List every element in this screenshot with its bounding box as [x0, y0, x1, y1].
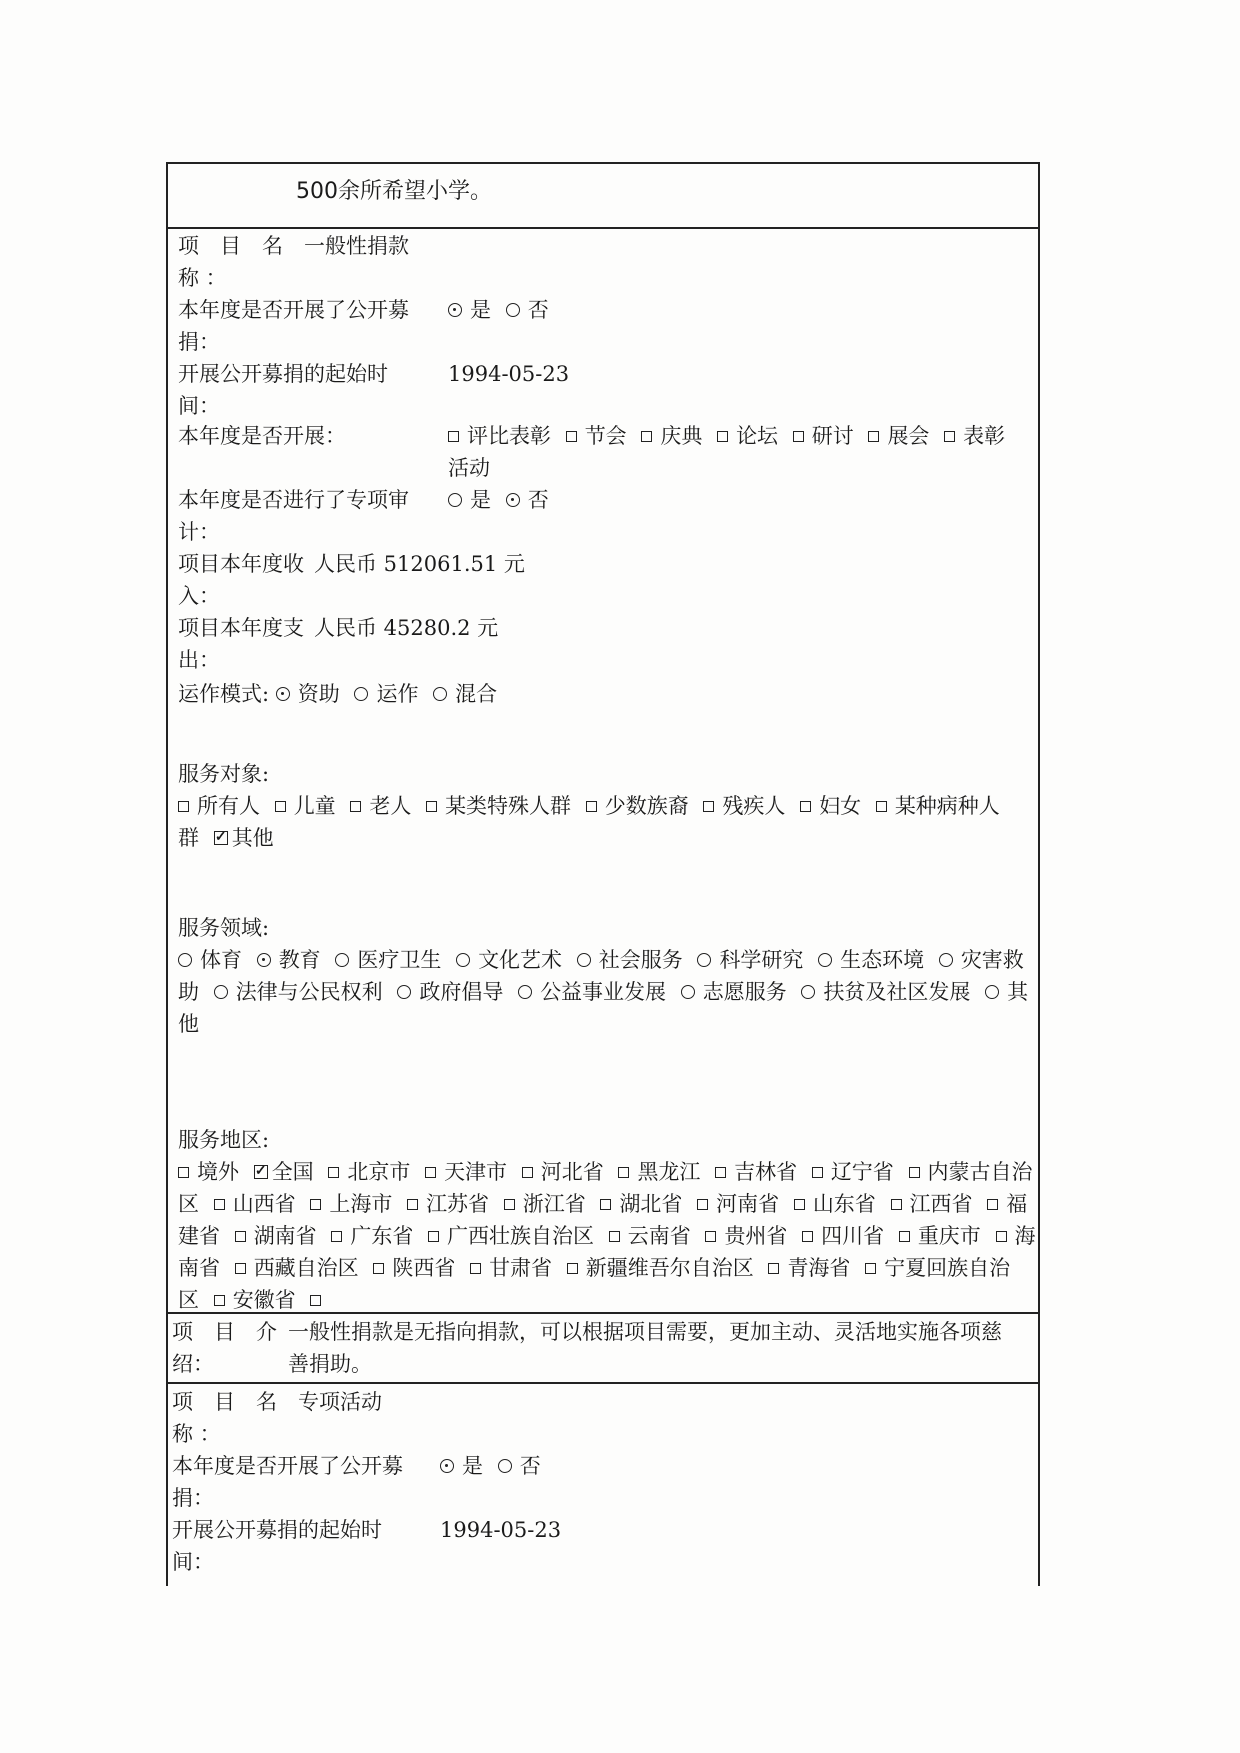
- radio-empty-icon: [397, 985, 411, 999]
- checkbox-item[interactable]: 四川省: [802, 1224, 884, 1248]
- checkbox-icon: [567, 1263, 578, 1274]
- checkbox-item[interactable]: 残疾人: [703, 794, 785, 818]
- row-divider: [168, 1312, 1038, 1314]
- checkbox-icon: [717, 431, 728, 442]
- checkbox-item[interactable]: [310, 1288, 329, 1312]
- checkbox-item[interactable]: 吉林省: [715, 1160, 797, 1184]
- checkbox-item[interactable]: 河北省: [522, 1160, 604, 1184]
- checkbox-item[interactable]: 云南省: [609, 1224, 691, 1248]
- checkbox-icon: [899, 1231, 910, 1242]
- checkbox-icon: [715, 1167, 726, 1178]
- checkbox-icon: [425, 1167, 436, 1178]
- checkbox-checked-icon: ✓: [254, 1165, 268, 1179]
- p1-name-label: 项 目 名 称 ：: [178, 230, 283, 294]
- checkbox-icon: [178, 1167, 189, 1178]
- checkbox-item[interactable]: 陕西省: [373, 1256, 455, 1280]
- checkbox-item[interactable]: 安徽省: [214, 1288, 296, 1312]
- radio-empty-icon: [178, 953, 192, 967]
- checkbox-item[interactable]: 庆典: [641, 424, 702, 448]
- radio-mixed[interactable]: 混合: [433, 682, 497, 706]
- checkbox-icon: [944, 431, 955, 442]
- checkbox-item[interactable]: 浙江省: [504, 1192, 586, 1216]
- checkbox-icon: [868, 431, 879, 442]
- p1-audit-options: 是 否: [448, 484, 557, 516]
- p1-start-time-value: 1994-05-23: [448, 358, 569, 390]
- p1-service-targets-label: 服务对象:: [178, 758, 269, 790]
- checkbox-item[interactable]: 江西省: [891, 1192, 973, 1216]
- header-row-text: 500余所希望小学。: [296, 176, 492, 208]
- radio-selected-icon: [276, 687, 290, 701]
- radio-item[interactable]: 社会服务: [577, 948, 683, 972]
- p2-name-value: 专项活动: [298, 1386, 382, 1418]
- radio-empty-icon: [448, 493, 462, 507]
- radio-empty-icon: [801, 985, 815, 999]
- checkbox-icon: [331, 1231, 342, 1242]
- checkbox-icon: [504, 1199, 515, 1210]
- p1-operation-mode: 运作模式: 资助 运作 混合: [178, 678, 505, 710]
- p1-activities-label: 本年度是否开展：: [178, 420, 346, 452]
- checkbox-icon: [275, 801, 286, 812]
- radio-item[interactable]: 体育: [178, 948, 242, 972]
- radio-operation[interactable]: 运作: [354, 682, 418, 706]
- p1-intro-label: 项 目 介 绍：: [172, 1316, 277, 1380]
- radio-empty-icon: [456, 953, 470, 967]
- p1-service-regions: 境外 ✓全国 北京市 天津市 河北省 黑龙江 吉林省 辽宁省 内蒙古自治区 山西…: [178, 1156, 1038, 1316]
- checkbox-item[interactable]: 山东省: [794, 1192, 876, 1216]
- checkbox-item[interactable]: 山西省: [214, 1192, 296, 1216]
- radio-empty-icon: [354, 687, 368, 701]
- checkbox-item[interactable]: 重庆市: [899, 1224, 981, 1248]
- p1-audit-label: 本年度是否进行了专项审 计：: [178, 484, 409, 548]
- checkbox-icon: [310, 1199, 321, 1210]
- p2-start-time-label: 开展公开募捐的起始时 间：: [172, 1514, 382, 1578]
- checkbox-item[interactable]: 湖北省: [600, 1192, 682, 1216]
- radio-empty-icon: [681, 985, 695, 999]
- p1-service-regions-label: 服务地区:: [178, 1124, 269, 1156]
- radio-selected-icon: [440, 1459, 454, 1473]
- checkbox-icon: [705, 1231, 716, 1242]
- checkbox-icon: [428, 1231, 439, 1242]
- checkbox-item-checked[interactable]: ✓其他: [214, 826, 274, 850]
- checkbox-item[interactable]: 贵州省: [705, 1224, 787, 1248]
- checkbox-icon: [566, 431, 577, 442]
- checkbox-item[interactable]: 评比表彰: [448, 424, 551, 448]
- p1-name-value: 一般性捐款: [304, 230, 409, 262]
- checkbox-item[interactable]: 论坛: [717, 424, 778, 448]
- checkbox-icon: [987, 1199, 998, 1210]
- p1-expense-value: 人民币 45280.2 元: [314, 612, 498, 644]
- checkbox-item[interactable]: 老人: [350, 794, 411, 818]
- radio-empty-icon: [697, 953, 711, 967]
- radio-item[interactable]: 教育: [257, 948, 321, 972]
- radio-yes[interactable]: 是: [448, 298, 491, 322]
- checkbox-icon: [235, 1231, 246, 1242]
- checkbox-item[interactable]: 河南省: [697, 1192, 779, 1216]
- radio-empty-icon: [985, 985, 999, 999]
- radio-funding[interactable]: 资助: [276, 682, 340, 706]
- p1-start-time-label: 开展公开募捐的起始时 间：: [178, 358, 388, 422]
- checkbox-icon: [865, 1263, 876, 1274]
- checkbox-icon: [641, 431, 652, 442]
- radio-empty-icon: [939, 953, 953, 967]
- checkbox-item[interactable]: 某类特殊人群: [426, 794, 571, 818]
- p1-activities-options: 评比表彰 节会 庆典 论坛 研讨 展会 表彰活动: [448, 420, 1023, 484]
- radio-empty-icon: [433, 687, 447, 701]
- radio-empty-icon: [498, 1459, 512, 1473]
- checkbox-item[interactable]: 江苏省: [407, 1192, 489, 1216]
- checkbox-item[interactable]: 黑龙江: [618, 1160, 700, 1184]
- checkbox-item[interactable]: 天津市: [425, 1160, 507, 1184]
- checkbox-icon: [407, 1199, 418, 1210]
- p1-public-fundraising-options: 是 否: [448, 294, 557, 326]
- checkbox-item[interactable]: 甘肃省: [470, 1256, 552, 1280]
- checkbox-item[interactable]: 妇女: [800, 794, 861, 818]
- checkbox-icon: [522, 1167, 533, 1178]
- checkbox-item[interactable]: 广西壮族自治区: [428, 1224, 594, 1248]
- checkbox-icon: [426, 801, 437, 812]
- radio-item[interactable]: 政府倡导: [397, 980, 503, 1004]
- radio-item[interactable]: 生态环境: [818, 948, 924, 972]
- checkbox-item[interactable]: 境外: [178, 1160, 239, 1184]
- checkbox-item[interactable]: 少数族裔: [586, 794, 689, 818]
- radio-item[interactable]: 法律与公民权利: [214, 980, 383, 1004]
- p1-public-fundraising-label: 本年度是否开展了公开募 捐：: [178, 294, 409, 358]
- checkbox-item[interactable]: 研讨: [793, 424, 854, 448]
- checkbox-checked-icon: ✓: [214, 831, 228, 845]
- radio-item[interactable]: 文化艺术: [456, 948, 562, 972]
- radio-item[interactable]: 志愿服务: [681, 980, 787, 1004]
- checkbox-icon: [470, 1263, 481, 1274]
- checkbox-icon: [609, 1231, 620, 1242]
- checkbox-icon: [703, 801, 714, 812]
- checkbox-icon: [812, 1167, 823, 1178]
- checkbox-icon: [909, 1167, 920, 1178]
- radio-empty-icon: [506, 303, 520, 317]
- checkbox-icon: [350, 801, 361, 812]
- checkbox-item[interactable]: 儿童: [275, 794, 336, 818]
- checkbox-item[interactable]: 西藏自治区: [235, 1256, 359, 1280]
- checkbox-item[interactable]: 节会: [566, 424, 627, 448]
- p1-intro-value: 一般性捐款是无指向捐款，可以根据项目需要，更加主动、灵活地实施各项慈 善捐助。: [288, 1316, 1002, 1380]
- radio-empty-icon: [335, 953, 349, 967]
- checkbox-icon: [214, 1295, 225, 1306]
- checkbox-item[interactable]: 广东省: [331, 1224, 413, 1248]
- checkbox-icon: [586, 801, 597, 812]
- checkbox-icon: [891, 1199, 902, 1210]
- checkbox-item[interactable]: 北京市: [328, 1160, 410, 1184]
- project-info-table: 500余所希望小学。 项 目 名 称 ： 一般性捐款 本年度是否开展了公开募 捐…: [166, 162, 1040, 1586]
- checkbox-icon: [996, 1231, 1007, 1242]
- radio-selected-icon: [506, 493, 520, 507]
- radio-yes[interactable]: 是: [440, 1454, 483, 1478]
- p1-service-fields-label: 服务领域:: [178, 912, 269, 944]
- radio-empty-icon: [214, 985, 228, 999]
- checkbox-item[interactable]: 展会: [868, 424, 929, 448]
- radio-empty-icon: [518, 985, 532, 999]
- p2-name-label: 项 目 名 称 ：: [172, 1386, 277, 1450]
- checkbox-icon: [373, 1263, 384, 1274]
- radio-item[interactable]: 科学研究: [697, 948, 803, 972]
- checkbox-item[interactable]: 青海省: [768, 1256, 850, 1280]
- p1-income-label: 项目本年度收 入：: [178, 548, 304, 612]
- checkbox-icon: [794, 1199, 805, 1210]
- checkbox-icon: [214, 1199, 225, 1210]
- radio-no[interactable]: 否: [506, 298, 549, 322]
- checkbox-icon: [235, 1263, 246, 1274]
- checkbox-item[interactable]: 新疆维吾尔自治区: [567, 1256, 754, 1280]
- radio-item[interactable]: 医疗卫生: [335, 948, 441, 972]
- radio-empty-icon: [818, 953, 832, 967]
- checkbox-icon: [328, 1167, 339, 1178]
- checkbox-item[interactable]: 湖南省: [235, 1224, 317, 1248]
- checkbox-item-checked[interactable]: ✓全国: [254, 1160, 314, 1184]
- checkbox-item[interactable]: 所有人: [178, 794, 260, 818]
- radio-yes[interactable]: 是: [448, 488, 491, 512]
- p1-service-fields: 体育 教育 医疗卫生 文化艺术 社会服务 科学研究 生态环境 灾害救助 法律与公…: [178, 944, 1038, 1040]
- p1-service-targets: 所有人 儿童 老人 某类特殊人群 少数族裔 残疾人 妇女 某种病种人群 ✓其他: [178, 790, 1028, 854]
- checkbox-icon: [178, 801, 189, 812]
- row-divider: [168, 227, 1038, 229]
- row-divider: [168, 1382, 1038, 1384]
- checkbox-icon: [876, 801, 887, 812]
- radio-selected-icon: [257, 953, 271, 967]
- checkbox-icon: [618, 1167, 629, 1178]
- p1-expense-label: 项目本年度支 出：: [178, 612, 304, 676]
- p2-public-fundraising-label: 本年度是否开展了公开募 捐：: [172, 1450, 403, 1514]
- radio-no[interactable]: 否: [498, 1454, 541, 1478]
- radio-item[interactable]: 扶贫及社区发展: [801, 980, 970, 1004]
- checkbox-icon: [793, 431, 804, 442]
- checkbox-item[interactable]: 辽宁省: [812, 1160, 894, 1184]
- checkbox-icon: [600, 1199, 611, 1210]
- checkbox-icon: [448, 431, 459, 442]
- radio-no[interactable]: 否: [506, 488, 549, 512]
- radio-selected-icon: [448, 303, 462, 317]
- checkbox-icon: [310, 1295, 321, 1306]
- checkbox-icon: [768, 1263, 779, 1274]
- radio-empty-icon: [577, 953, 591, 967]
- p2-public-fundraising-options: 是 否: [440, 1450, 549, 1482]
- p2-start-time-value: 1994-05-23: [440, 1514, 561, 1546]
- checkbox-icon: [800, 801, 811, 812]
- checkbox-icon: [697, 1199, 708, 1210]
- checkbox-item[interactable]: 上海市: [310, 1192, 392, 1216]
- radio-item[interactable]: 公益事业发展: [518, 980, 666, 1004]
- p1-income-value: 人民币 512061.51 元: [314, 548, 525, 580]
- checkbox-icon: [802, 1231, 813, 1242]
